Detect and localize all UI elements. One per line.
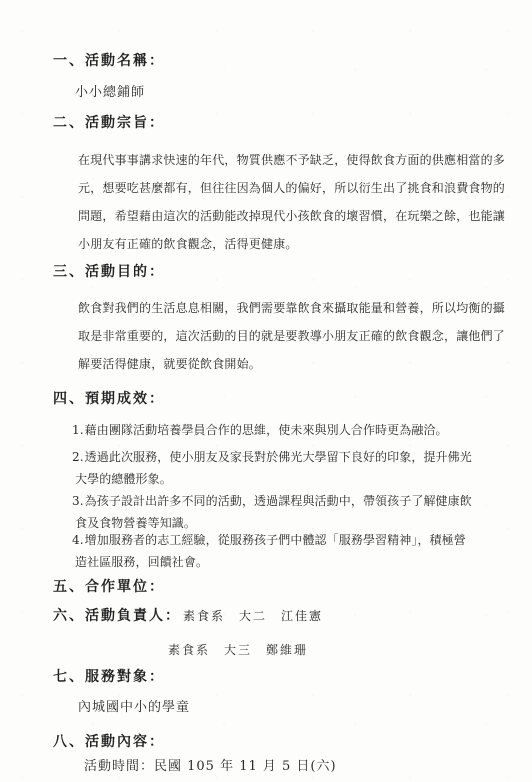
paragraph-line: 取是非常重要的，這次活動的目的就是要教導小朋友正確的飲食觀念，讓他們了: [78, 322, 505, 350]
numbered-item-2: 2.透過此次服務，使小朋友及家長對於佛光大學留下良好的印象，提升佛光 大學的總體…: [72, 447, 472, 490]
service-target: 內城國中小的學童: [78, 699, 190, 717]
section-7-heading: 七、服務對象：: [53, 668, 165, 686]
paragraph-line: 問題，希望藉由這次的活動能改掉現代小孩飲食的壞習慣，在玩樂之餘，也能讓: [78, 202, 505, 230]
numbered-item-3: 3.為孩子設計出許多不同的活動，透過課程與活動中，帶領孩子了解健康飲 食及食物營…: [72, 491, 472, 534]
section-2-paragraph: 在現代事事講求快速的年代，物質供應不予缺乏，使得飲食方面的供應相當的多 元，想要…: [78, 146, 505, 258]
section-3-heading: 三、活動目的：: [53, 263, 165, 281]
item-line: 造社區服務，回饋社會。: [75, 552, 466, 574]
item-line: 透過此次服務，使小朋友及家長對於佛光大學留下良好的印象，提升佛光: [85, 450, 472, 464]
lead-dept: 素食系: [183, 609, 225, 623]
paragraph-line: 元，想要吃甚麼都有，但往往因為個人的偏好，所以衍生出了挑食和浪費食物的: [78, 174, 505, 202]
lead-name: 鄭維珊: [266, 643, 308, 657]
section-5-heading: 五、合作單位：: [53, 578, 165, 596]
section-6-heading-row: 六、活動負責人：素食系大二江佳憲: [53, 607, 323, 625]
document-page: 一、活動名稱： 小小總鋪師 二、活動宗旨： 在現代事事講求快速的年代，物質供應不…: [0, 0, 532, 782]
paragraph-line: 小朋友有正確的飲食觀念，活得更健康。: [78, 230, 505, 258]
item-number: 2.: [72, 447, 84, 469]
item-number: 3.: [72, 491, 84, 513]
activity-time: 活動時間：民國 105 年 11 月 5 日(六): [84, 758, 337, 776]
lead-entry: 素食系大二江佳憲: [183, 609, 323, 623]
paragraph-line: 解要活得健康，就要從飲食開始。: [78, 350, 505, 378]
item-number: 1.: [72, 420, 84, 442]
item-line: 藉由團隊活動培養學員合作的思維，使未來與別人合作時更為融洽。: [85, 423, 448, 437]
lead-entry: 素食系大三鄭維珊: [168, 641, 308, 658]
section-3-paragraph: 飲食對我們的生活息息相關，我們需要靠飲食來攝取能量和營養，所以均衡的攝 取是非常…: [78, 294, 505, 378]
section-1-heading: 一、活動名稱：: [53, 52, 165, 70]
lead-grade: 大二: [239, 609, 267, 623]
lead-name: 江佳憲: [281, 609, 323, 623]
item-line: 為孩子設計出許多不同的活動，透過課程與活動中，帶領孩子了解健康飲: [85, 494, 472, 508]
paragraph-line: 在現代事事講求快速的年代，物質供應不予缺乏，使得飲食方面的供應相當的多: [78, 146, 505, 174]
paragraph-line: 飲食對我們的生活息息相關，我們需要靠飲食來攝取能量和營養，所以均衡的攝: [78, 294, 505, 322]
item-number: 4.: [72, 530, 84, 552]
lead-grade: 大三: [224, 643, 252, 657]
section-2-heading: 二、活動宗旨：: [53, 114, 165, 132]
lead-dept: 素食系: [168, 643, 210, 657]
section-6-heading: 六、活動負責人：: [53, 608, 181, 624]
section-8-heading: 八、活動內容：: [53, 733, 165, 751]
item-line: 增加服務者的志工經驗，從服務孩子們中體認「服務學習精神」，積極營: [85, 533, 466, 547]
activity-name: 小小總鋪師: [75, 84, 145, 102]
numbered-item-4: 4.增加服務者的志工經驗，從服務孩子們中體認「服務學習精神」，積極營 造社區服務…: [72, 530, 466, 573]
section-4-heading: 四、預期成效：: [53, 390, 165, 408]
item-line: 大學的總體形象。: [75, 469, 472, 491]
numbered-item-1: 1.藉由團隊活動培養學員合作的思維，使未來與別人合作時更為融洽。: [72, 420, 448, 442]
